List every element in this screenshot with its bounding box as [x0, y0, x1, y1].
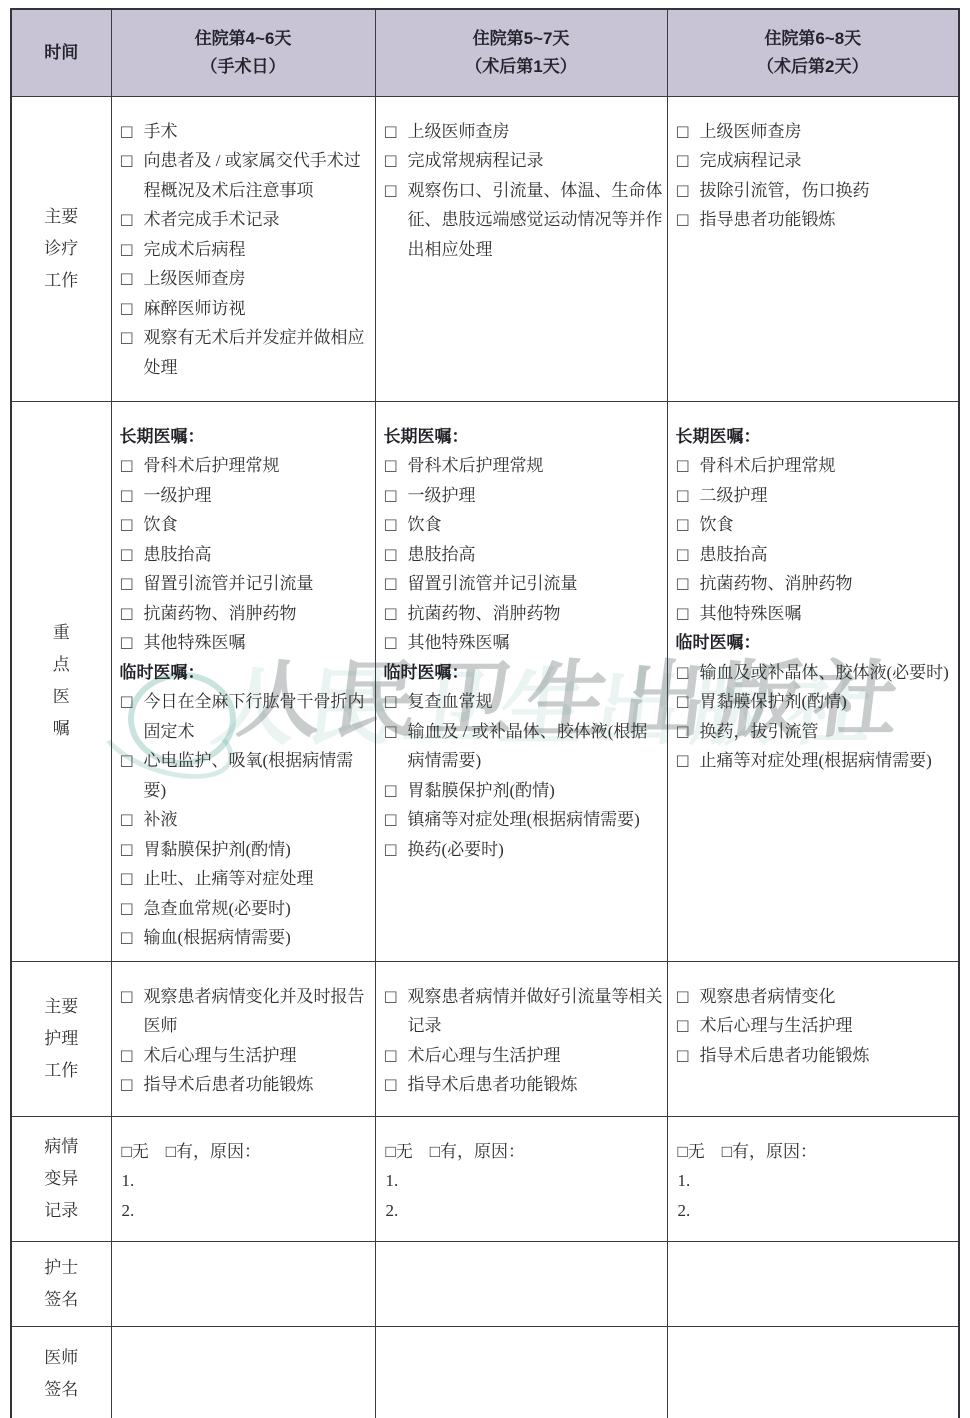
item-text: 2.	[676, 1196, 955, 1226]
checkbox-icon[interactable]: □	[384, 599, 408, 629]
checklist-item: □一级护理	[384, 481, 663, 511]
item-text: 换药，拔引流管	[700, 717, 955, 747]
item-text: 骨科术后护理常规	[700, 451, 955, 481]
content-cell: □观察患者病情变化□术后心理与生活护理□指导术后患者功能锻炼	[667, 961, 959, 1116]
checkbox-icon[interactable]: □	[384, 687, 408, 717]
item-text: 输血(根据病情需要)	[144, 923, 371, 953]
column-header-line1: 住院第4~6天	[114, 25, 373, 53]
item-text: 术后心理与生活护理	[408, 1041, 663, 1071]
checklist-item: □向患者及 / 或家属交代手术过程概况及术后注意事项	[120, 146, 371, 205]
checklist-item: □胃黏膜保护剂(酌情)	[384, 776, 663, 806]
checklist-item: □复查血常规	[384, 687, 663, 717]
item-text: 观察患者病情并做好引流量等相关记录	[408, 982, 663, 1041]
item-text: 饮食	[700, 510, 955, 540]
item-text: 完成术后病程	[144, 235, 371, 265]
content-cell: □上级医师查房□完成常规病程记录□观察伤口、引流量、体温、生命体征、患肢远端感觉…	[375, 96, 667, 401]
item-text: 饮食	[144, 510, 371, 540]
table-body: 主要诊疗工作□手术□向患者及 / 或家属交代手术过程概况及术后注意事项□术者完成…	[11, 96, 959, 1418]
content-cell: □上级医师查房□完成病程记录□拔除引流管，伤口换药□指导患者功能锻炼	[667, 96, 959, 401]
checklist-item: □观察有无术后并发症并做相应处理	[120, 323, 371, 382]
table-row: 医师签名	[11, 1326, 959, 1418]
checkbox-icon[interactable]: □	[120, 894, 144, 924]
item-text: 输血及或补晶体、胶体液(必要时)	[700, 658, 955, 688]
content-cell: □观察患者病情变化并及时报告医师□术后心理与生活护理□指导术后患者功能锻炼	[111, 961, 375, 1116]
item-text: 术后心理与生活护理	[144, 1041, 371, 1071]
item-text: 指导患者功能锻炼	[700, 205, 955, 235]
content-cell: □观察患者病情并做好引流量等相关记录□术后心理与生活护理□指导术后患者功能锻炼	[375, 961, 667, 1116]
item-text: 患肢抬高	[144, 540, 371, 570]
checklist-item: □心电监护、吸氧(根据病情需要)	[120, 746, 371, 805]
checkbox-icon[interactable]: □	[676, 658, 700, 688]
checkbox-icon[interactable]: □	[384, 717, 408, 747]
item-text: 指导术后患者功能锻炼	[144, 1070, 371, 1100]
checkbox-icon[interactable]: □	[676, 746, 700, 776]
checklist-item: □观察患者病情并做好引流量等相关记录	[384, 982, 663, 1041]
checkbox-icon[interactable]: □	[120, 540, 144, 570]
checkbox-icon[interactable]: □	[120, 510, 144, 540]
checkbox-icon[interactable]: □	[120, 599, 144, 629]
item-text: 指导术后患者功能锻炼	[700, 1041, 955, 1071]
checkbox-icon[interactable]: □	[676, 146, 700, 176]
item-text: 留置引流管并记引流量	[408, 569, 663, 599]
checklist-item: □患肢抬高	[384, 540, 663, 570]
checkbox-icon[interactable]: □	[384, 146, 408, 176]
checkbox-icon[interactable]: □	[384, 117, 408, 147]
content-cell	[375, 1241, 667, 1326]
item-text: 抗菌药物、消肿药物	[408, 599, 663, 629]
checkbox-icon[interactable]: □	[384, 481, 408, 511]
checkbox-icon[interactable]: □	[384, 569, 408, 599]
content-cell: □无 □有，原因：1.2.	[667, 1116, 959, 1241]
checkbox-icon[interactable]: □	[676, 205, 700, 235]
item-text: 观察患者病情变化	[700, 982, 955, 1012]
checklist-item: □上级医师查房	[120, 264, 371, 294]
item-text: 2.	[120, 1196, 371, 1226]
content-cell: 长期医嘱：□骨科术后护理常规□二级护理□饮食□患肢抬高□抗菌药物、消肿药物□其他…	[667, 401, 959, 961]
checkbox-icon[interactable]: □	[120, 481, 144, 511]
item-text: 换药(必要时)	[408, 835, 663, 865]
checklist-item: □指导术后患者功能锻炼	[676, 1041, 955, 1071]
row-label-line: 医	[14, 681, 109, 713]
content-cell	[667, 1326, 959, 1418]
checkbox-icon[interactable]: □	[676, 982, 700, 1012]
checklist-item: □输血(根据病情需要)	[120, 923, 371, 953]
row-label-line: 主要	[14, 201, 109, 233]
row-label-line: 签名	[14, 1284, 109, 1316]
checklist-item: □留置引流管并记引流量	[120, 569, 371, 599]
checklist-item: □二级护理	[676, 481, 955, 511]
checkbox-icon[interactable]: □	[676, 117, 700, 147]
checkbox-icon[interactable]: □	[384, 176, 408, 206]
checklist-item: □术后心理与生活护理	[120, 1041, 371, 1071]
column-header: 住院第6~8天（术后第2天）	[667, 9, 959, 96]
item-text: 胃黏膜保护剂(酌情)	[408, 776, 663, 806]
content-cell	[375, 1326, 667, 1418]
row-label-line: 工作	[14, 265, 109, 297]
item-text: 输血及 / 或补晶体、胶体液(根据病情需要)	[408, 717, 663, 776]
item-text: 完成常规病程记录	[408, 146, 663, 176]
checklist-item: □术后心理与生活护理	[384, 1041, 663, 1071]
item-text: 今日在全麻下行肱骨干骨折内固定术	[144, 687, 371, 746]
checkbox-icon[interactable]: □	[384, 776, 408, 806]
table-header-row: 时间 住院第4~6天（手术日）住院第5~7天（术后第1天）住院第6~8天（术后第…	[11, 9, 959, 96]
item-text: 1.	[384, 1166, 663, 1196]
checklist-item: □观察患者病情变化并及时报告医师	[120, 982, 371, 1041]
column-header-line1: 住院第6~8天	[670, 25, 957, 53]
checkbox-icon[interactable]: □	[676, 599, 700, 629]
checklist-item: □急查血常规(必要时)	[120, 894, 371, 924]
item-text: 2.	[384, 1196, 663, 1226]
item-text: 向患者及 / 或家属交代手术过程概况及术后注意事项	[144, 146, 371, 205]
checkbox-icon[interactable]: □	[120, 1070, 144, 1100]
checkbox-icon[interactable]: □	[384, 982, 408, 1012]
checkbox-icon[interactable]: □	[120, 264, 144, 294]
row-label-line: 重	[14, 617, 109, 649]
item-text: 胃黏膜保护剂(酌情)	[144, 835, 371, 865]
item-text: 麻醉医师访视	[144, 294, 371, 324]
checklist-item: □输血及或补晶体、胶体液(必要时)	[676, 658, 955, 688]
checkbox-icon[interactable]: □	[676, 717, 700, 747]
orders-heading: 长期医嘱：	[384, 422, 663, 452]
checklist-item: □其他特殊医嘱	[384, 628, 663, 658]
row-label-line: 医师	[14, 1342, 109, 1374]
checkbox-icon[interactable]: □	[120, 1041, 144, 1071]
orders-heading: 临时医嘱：	[676, 628, 955, 658]
item-text: 抗菌药物、消肿药物	[700, 569, 955, 599]
item-text: 心电监护、吸氧(根据病情需要)	[144, 746, 371, 805]
checklist-item: □指导术后患者功能锻炼	[120, 1070, 371, 1100]
item-text: 其他特殊医嘱	[408, 628, 663, 658]
checkbox-icon[interactable]: □	[120, 923, 144, 953]
checkbox-icon[interactable]: □	[120, 146, 144, 176]
item-text: □无 □有，原因：	[384, 1137, 663, 1167]
checklist-item: □其他特殊医嘱	[676, 599, 955, 629]
item-text: 复查血常规	[408, 687, 663, 717]
checklist-item: □麻醉医师访视	[120, 294, 371, 324]
checklist-item: □完成病程记录	[676, 146, 955, 176]
item-text: 一级护理	[144, 481, 371, 511]
item-text: 其他特殊医嘱	[144, 628, 371, 658]
row-label-line: 病情	[14, 1131, 109, 1163]
checkbox-icon[interactable]: □	[120, 451, 144, 481]
row-label-line: 变异	[14, 1163, 109, 1195]
item-text: 镇痛等对症处理(根据病情需要)	[408, 805, 663, 835]
row-label-line: 嘱	[14, 713, 109, 745]
row-label-line: 诊疗	[14, 233, 109, 265]
checklist-item: □患肢抬高	[676, 540, 955, 570]
item-text: 抗菌药物、消肿药物	[144, 599, 371, 629]
checkbox-icon[interactable]: □	[384, 451, 408, 481]
row-label: 病情变异记录	[11, 1116, 111, 1241]
checklist-item: □胃黏膜保护剂(酌情)	[120, 835, 371, 865]
item-text: □无 □有，原因：	[120, 1137, 371, 1167]
item-text: 观察伤口、引流量、体温、生命体征、患肢远端感觉运动情况等并作出相应处理	[408, 176, 663, 265]
checklist-item: □留置引流管并记引流量	[384, 569, 663, 599]
row-label-line: 记录	[14, 1195, 109, 1227]
row-label-line: 工作	[14, 1055, 109, 1087]
checkbox-icon[interactable]: □	[120, 294, 144, 324]
table-row: 护士签名	[11, 1241, 959, 1326]
checkbox-icon[interactable]: □	[384, 805, 408, 835]
content-cell	[111, 1241, 375, 1326]
checklist-item: □完成常规病程记录	[384, 146, 663, 176]
checkbox-icon[interactable]: □	[676, 1011, 700, 1041]
item-text: 完成病程记录	[700, 146, 955, 176]
checklist-item: □患肢抬高	[120, 540, 371, 570]
item-text: 患肢抬高	[700, 540, 955, 570]
item-text: 骨科术后护理常规	[144, 451, 371, 481]
checklist-item: □镇痛等对症处理(根据病情需要)	[384, 805, 663, 835]
item-text: □无 □有，原因：	[676, 1137, 955, 1167]
checkbox-icon[interactable]: □	[120, 569, 144, 599]
item-text: 饮食	[408, 510, 663, 540]
checkbox-icon[interactable]: □	[676, 687, 700, 717]
checklist-item: □补液	[120, 805, 371, 835]
content-cell: □无 □有，原因：1.2.	[375, 1116, 667, 1241]
checkbox-icon[interactable]: □	[120, 835, 144, 865]
item-text: 上级医师查房	[700, 117, 955, 147]
column-header-line2: （手术日）	[114, 53, 373, 81]
checkbox-icon[interactable]: □	[676, 176, 700, 206]
checkbox-icon[interactable]: □	[676, 481, 700, 511]
checkbox-icon[interactable]: □	[120, 805, 144, 835]
item-text: 止痛等对症处理(根据病情需要)	[700, 746, 955, 776]
item-text: 胃黏膜保护剂(酌情)	[700, 687, 955, 717]
item-text: 其他特殊医嘱	[700, 599, 955, 629]
checklist-item: □上级医师查房	[384, 117, 663, 147]
checkbox-icon[interactable]: □	[676, 510, 700, 540]
item-text: 观察患者病情变化并及时报告医师	[144, 982, 371, 1041]
checkbox-icon[interactable]: □	[676, 1041, 700, 1071]
item-text: 1.	[676, 1166, 955, 1196]
row-label: 护士签名	[11, 1241, 111, 1326]
checkbox-icon[interactable]: □	[120, 235, 144, 265]
item-text: 留置引流管并记引流量	[144, 569, 371, 599]
row-label: 医师签名	[11, 1326, 111, 1418]
checkbox-icon[interactable]: □	[384, 628, 408, 658]
checkbox-icon[interactable]: □	[120, 628, 144, 658]
row-label-line: 主要	[14, 991, 109, 1023]
item-text: 二级护理	[700, 481, 955, 511]
item-text: 骨科术后护理常规	[408, 451, 663, 481]
clinical-pathway-form: 时间 住院第4~6天（手术日）住院第5~7天（术后第1天）住院第6~8天（术后第…	[10, 8, 960, 1418]
row-label: 主要诊疗工作	[11, 96, 111, 401]
orders-heading: 长期医嘱：	[676, 422, 955, 452]
checkbox-icon[interactable]: □	[384, 1041, 408, 1071]
item-text: 上级医师查房	[408, 117, 663, 147]
item-text: 观察有无术后并发症并做相应处理	[144, 323, 371, 382]
content-cell: □手术□向患者及 / 或家属交代手术过程概况及术后注意事项□术者完成手术记录□完…	[111, 96, 375, 401]
item-text: 指导术后患者功能锻炼	[408, 1070, 663, 1100]
checklist-item: □抗菌药物、消肿药物	[676, 569, 955, 599]
checklist-item: □一级护理	[120, 481, 371, 511]
checklist-item: □止痛等对症处理(根据病情需要)	[676, 746, 955, 776]
item-text: 术后心理与生活护理	[700, 1011, 955, 1041]
checklist-item: □上级医师查房	[676, 117, 955, 147]
checkbox-icon[interactable]: □	[120, 117, 144, 147]
checklist-item: □胃黏膜保护剂(酌情)	[676, 687, 955, 717]
checkbox-icon[interactable]: □	[676, 569, 700, 599]
checklist-item: □输血及 / 或补晶体、胶体液(根据病情需要)	[384, 717, 663, 776]
checklist-item: □术后心理与生活护理	[676, 1011, 955, 1041]
checklist-item: □其他特殊医嘱	[120, 628, 371, 658]
column-header: 住院第4~6天（手术日）	[111, 9, 375, 96]
checkbox-icon[interactable]: □	[120, 323, 144, 353]
row-label-line: 签名	[14, 1374, 109, 1406]
checklist-item: □换药(必要时)	[384, 835, 663, 865]
orders-heading: 临时医嘱：	[384, 658, 663, 688]
checklist-item: □止吐、止痛等对症处理	[120, 864, 371, 894]
column-header: 住院第5~7天（术后第1天）	[375, 9, 667, 96]
table-row: 重点医嘱长期医嘱：□骨科术后护理常规□一级护理□饮食□患肢抬高□留置引流管并记引…	[11, 401, 959, 961]
checklist-item: □抗菌药物、消肿药物	[120, 599, 371, 629]
item-text: 上级医师查房	[144, 264, 371, 294]
item-text: 急查血常规(必要时)	[144, 894, 371, 924]
checkbox-icon[interactable]: □	[384, 540, 408, 570]
item-text: 1.	[120, 1166, 371, 1196]
row-label: 重点医嘱	[11, 401, 111, 961]
checklist-item: □饮食	[120, 510, 371, 540]
checklist-item: □指导术后患者功能锻炼	[384, 1070, 663, 1100]
content-cell: □无 □有，原因：1.2.	[111, 1116, 375, 1241]
checklist-item: □指导患者功能锻炼	[676, 205, 955, 235]
checkbox-icon[interactable]: □	[120, 746, 144, 776]
column-header-line1: 住院第5~7天	[378, 25, 665, 53]
time-column-header: 时间	[11, 9, 111, 96]
column-header-line2: （术后第1天）	[378, 53, 665, 81]
row-label-line: 点	[14, 649, 109, 681]
item-text: 一级护理	[408, 481, 663, 511]
checklist-item: □骨科术后护理常规	[384, 451, 663, 481]
checklist-item: □观察伤口、引流量、体温、生命体征、患肢远端感觉运动情况等并作出相应处理	[384, 176, 663, 265]
checklist-item: □今日在全麻下行肱骨干骨折内固定术	[120, 687, 371, 746]
column-header-line2: （术后第2天）	[670, 53, 957, 81]
content-cell: 长期医嘱：□骨科术后护理常规□一级护理□饮食□患肢抬高□留置引流管并记引流量□抗…	[375, 401, 667, 961]
checklist-item: □拔除引流管，伤口换药	[676, 176, 955, 206]
checklist-item: □饮食	[676, 510, 955, 540]
content-cell	[667, 1241, 959, 1326]
orders-heading: 临时医嘱：	[120, 658, 371, 688]
checklist-item: □术者完成手术记录	[120, 205, 371, 235]
checkbox-icon[interactable]: □	[676, 540, 700, 570]
row-label-line: 护理	[14, 1023, 109, 1055]
item-text: 患肢抬高	[408, 540, 663, 570]
checklist-item: □换药，拔引流管	[676, 717, 955, 747]
row-label-line: 护士	[14, 1252, 109, 1284]
checkbox-icon[interactable]: □	[120, 982, 144, 1012]
table-row: 主要诊疗工作□手术□向患者及 / 或家属交代手术过程概况及术后注意事项□术者完成…	[11, 96, 959, 401]
checkbox-icon[interactable]: □	[384, 835, 408, 865]
item-text: 术者完成手术记录	[144, 205, 371, 235]
content-cell	[111, 1326, 375, 1418]
checklist-item: □骨科术后护理常规	[120, 451, 371, 481]
checklist-item: □骨科术后护理常规	[676, 451, 955, 481]
checkbox-icon[interactable]: □	[120, 864, 144, 894]
checkbox-icon[interactable]: □	[676, 451, 700, 481]
checklist-item: □抗菌药物、消肿药物	[384, 599, 663, 629]
checkbox-icon[interactable]: □	[120, 687, 144, 717]
row-label: 主要护理工作	[11, 961, 111, 1116]
checklist-item: □饮食	[384, 510, 663, 540]
content-cell: 长期医嘱：□骨科术后护理常规□一级护理□饮食□患肢抬高□留置引流管并记引流量□抗…	[111, 401, 375, 961]
checkbox-icon[interactable]: □	[384, 1070, 408, 1100]
item-text: 止吐、止痛等对症处理	[144, 864, 371, 894]
orders-heading: 长期医嘱：	[120, 422, 371, 452]
item-text: 拔除引流管，伤口换药	[700, 176, 955, 206]
checklist-item: □手术	[120, 117, 371, 147]
item-text: 手术	[144, 117, 371, 147]
clinical-pathway-table: 时间 住院第4~6天（手术日）住院第5~7天（术后第1天）住院第6~8天（术后第…	[10, 8, 960, 1418]
checklist-item: □完成术后病程	[120, 235, 371, 265]
table-row: 主要护理工作□观察患者病情变化并及时报告医师□术后心理与生活护理□指导术后患者功…	[11, 961, 959, 1116]
item-text: 补液	[144, 805, 371, 835]
checkbox-icon[interactable]: □	[120, 205, 144, 235]
checklist-item: □观察患者病情变化	[676, 982, 955, 1012]
table-row: 病情变异记录□无 □有，原因：1.2.□无 □有，原因：1.2.□无 □有，原因…	[11, 1116, 959, 1241]
checkbox-icon[interactable]: □	[384, 510, 408, 540]
